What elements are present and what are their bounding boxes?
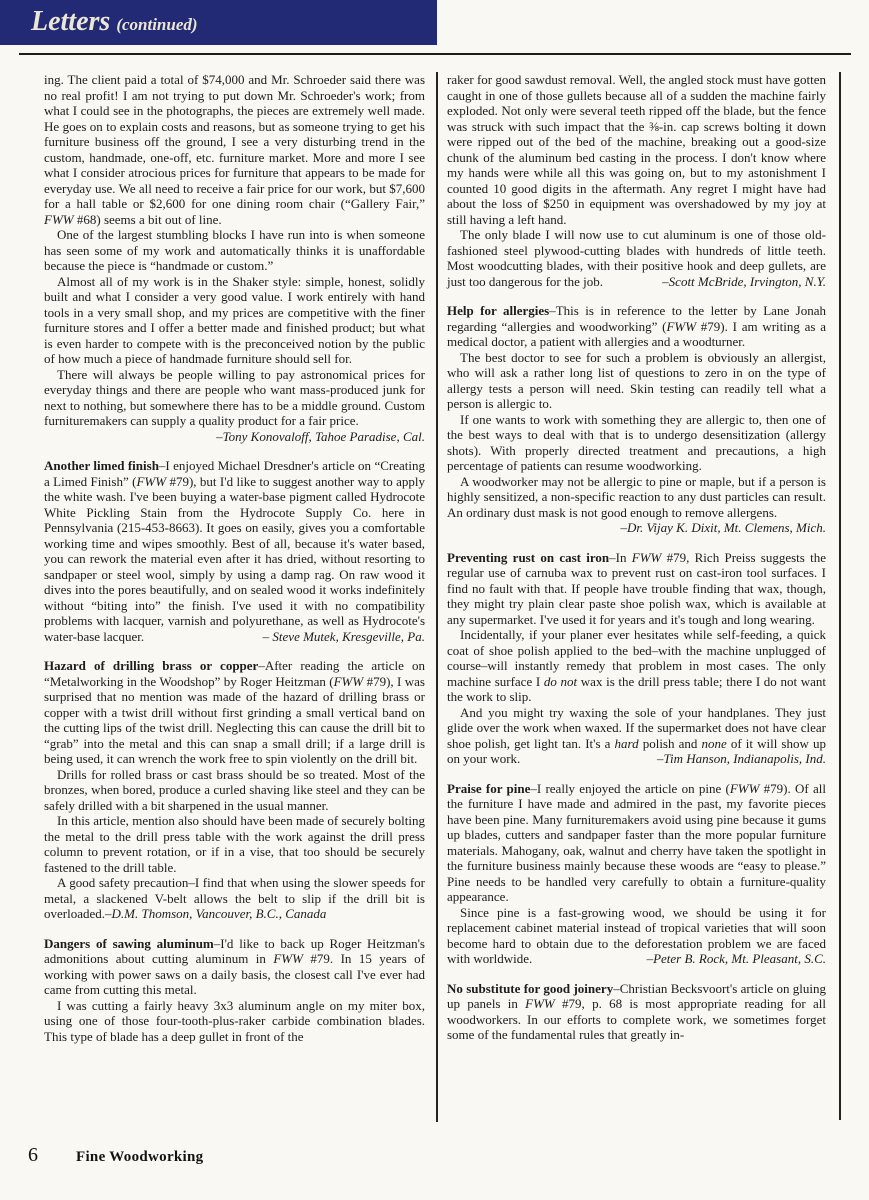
letter-paragraph: Since pine is a fast-growing wood, we sh… <box>447 905 826 967</box>
letter-paragraph: I was cutting a fairly heavy 3x3 aluminu… <box>44 998 425 1045</box>
letter-paragraph: A good safety precaution–I find that whe… <box>44 875 425 922</box>
letter-paragraph: Incidentally, if your planer ever hesita… <box>447 627 826 705</box>
letter-paragraph: raker for good sawdust removal. Well, th… <box>447 72 826 227</box>
letter: Dangers of sawing aluminum–I'd like to b… <box>44 936 425 1045</box>
letter-paragraph: And you might try waxing the sole of you… <box>447 705 826 767</box>
letter-opening-paragraph: Praise for pine–I really enjoyed the art… <box>447 781 826 905</box>
letter: ing. The client paid a total of $74,000 … <box>44 72 425 444</box>
letter: Hazard of drilling brass or copper–After… <box>44 658 425 922</box>
letter-opening-paragraph: Dangers of sawing aluminum–I'd like to b… <box>44 936 425 998</box>
letter-paragraph: Almost all of my work is in the Shaker s… <box>44 274 425 367</box>
letter-signature: –Peter B. Rock, Mt. Pleasant, S.C. <box>634 951 826 967</box>
header-rule <box>19 53 851 55</box>
section-title: Letters(continued) <box>31 7 198 40</box>
letter-paragraph: One of the largest stumbling blocks I ha… <box>44 227 425 274</box>
letter-opening-paragraph: Hazard of drilling brass or copper–After… <box>44 658 425 767</box>
right-margin-rule <box>839 72 841 1120</box>
letter: raker for good sawdust removal. Well, th… <box>447 72 826 289</box>
letter-paragraph: The only blade I will now use to cut alu… <box>447 227 826 289</box>
letter-heading: Another limed finish <box>44 458 159 473</box>
letter-signature: –Dr. Vijay K. Dixit, Mt. Clemens, Mich. <box>607 520 826 536</box>
letter: Preventing rust on cast iron–In FWW #79,… <box>447 550 826 767</box>
letter-heading: Help for allergies <box>447 303 549 318</box>
letter: No substitute for good joinery–Christian… <box>447 981 826 1043</box>
page-number: 6 <box>28 1144 38 1167</box>
letter-paragraph: The best doctor to see for such a proble… <box>447 350 826 412</box>
letter-opening-paragraph: No substitute for good joinery–Christian… <box>447 981 826 1043</box>
letter-paragraph: If one wants to work with something they… <box>447 412 826 474</box>
letter-heading: Praise for pine <box>447 781 530 796</box>
letter-paragraph: Drills for rolled brass or cast brass sh… <box>44 767 425 814</box>
letter-paragraph: In this article, mention also should hav… <box>44 813 425 875</box>
letter: Praise for pine–I really enjoyed the art… <box>447 781 826 967</box>
masthead-bar: Letters(continued) <box>0 0 437 45</box>
section-title-text: Letters <box>31 6 110 37</box>
letter-heading: Dangers of sawing aluminum <box>44 936 214 951</box>
letter-heading: Preventing rust on cast iron <box>447 550 609 565</box>
letter-signature: –Tony Konovaloff, Tahoe Paradise, Cal. <box>203 429 425 445</box>
section-title-continued: (continued) <box>116 15 197 34</box>
letter-signature: –Scott McBride, Irvington, N.Y. <box>649 274 826 290</box>
letter-heading: Hazard of drilling brass or copper <box>44 658 258 673</box>
letter-paragraph: A woodworker may not be allergic to pine… <box>447 474 826 521</box>
right-column: raker for good sawdust removal. Well, th… <box>447 72 826 1057</box>
letter-opening-paragraph: Help for allergies–This is in reference … <box>447 303 826 350</box>
letter-opening-paragraph: Preventing rust on cast iron–In FWW #79,… <box>447 550 826 628</box>
letter-paragraph: ing. The client paid a total of $74,000 … <box>44 72 425 227</box>
letter: Another limed finish–I enjoyed Michael D… <box>44 458 425 644</box>
magazine-name: Fine Woodworking <box>76 1149 203 1166</box>
column-divider-rule <box>436 72 438 1122</box>
letter-heading: No substitute for good joinery <box>447 981 613 996</box>
letter-signature: – Steve Mutek, Kresgeville, Pa. <box>263 629 425 645</box>
letter-opening-paragraph: Another limed finish–I enjoyed Michael D… <box>44 458 425 644</box>
letter-paragraph: There will always be people willing to p… <box>44 367 425 429</box>
letter-signature: –Tim Hanson, Indianapolis, Ind. <box>644 751 826 767</box>
left-column: ing. The client paid a total of $74,000 … <box>44 72 425 1058</box>
letter: Help for allergies–This is in reference … <box>447 303 826 536</box>
magazine-page: Letters(continued) ing. The client paid … <box>0 0 869 1200</box>
